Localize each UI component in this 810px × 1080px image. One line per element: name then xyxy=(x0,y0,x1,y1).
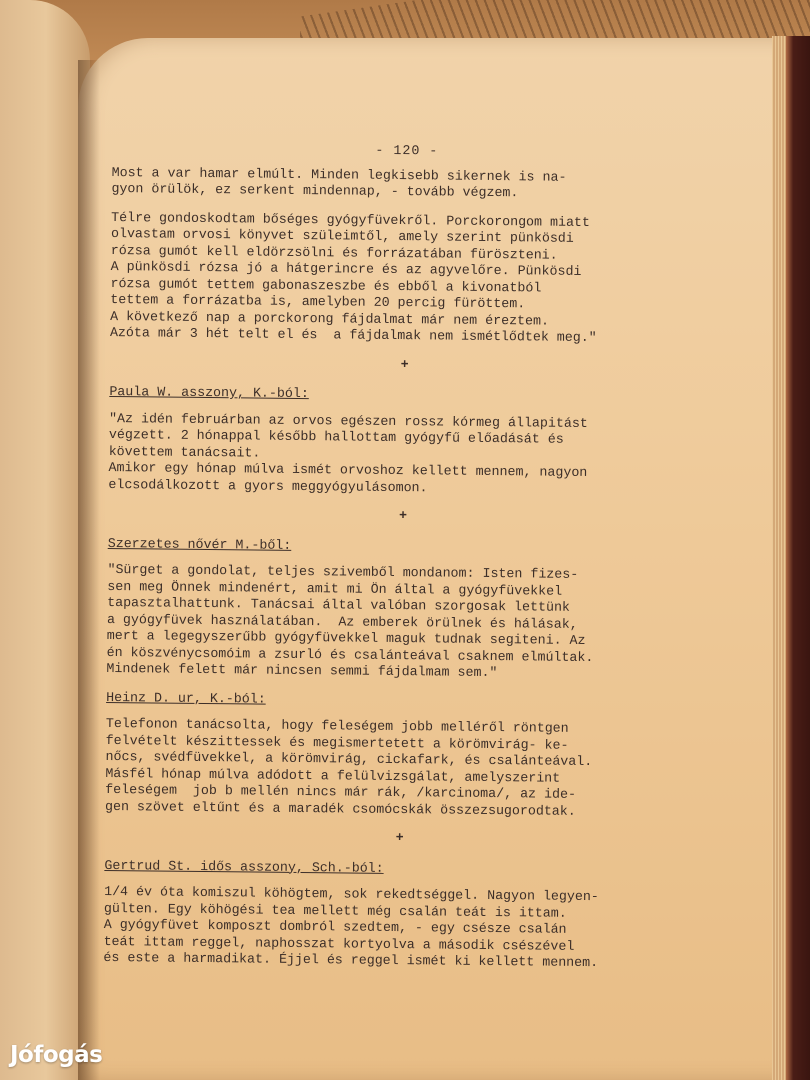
spine-shadow xyxy=(78,60,100,1080)
typewritten-text: - 120 - Most a var hamar elmúlt. Minden … xyxy=(103,140,702,985)
testimonial-body: "Az idén februárban az orvos egészen ros… xyxy=(108,410,699,499)
testimonial-body: 1/4 év óta komiszul köhögtem, sok rekedt… xyxy=(103,884,694,973)
testimonial-heading: Szerzetes nővér M.-ből: xyxy=(108,535,698,558)
separator-plus: + xyxy=(110,353,700,376)
intro-paragraph: Most a var hamar elmúlt. Minden legkiseb… xyxy=(111,164,701,203)
book-cover xyxy=(786,36,810,1080)
testimonial-heading: Gertrud St. idős asszony, Sch.-ból: xyxy=(104,857,694,880)
testimonial-body: "Sürget a gondolat, teljes szivemből mon… xyxy=(106,562,697,684)
left-book-page xyxy=(0,0,90,1080)
testimonial-heading: Heinz D. ur, K.-ból: xyxy=(106,689,696,712)
separator-plus: + xyxy=(105,827,695,850)
jofogas-logo: Jófogás xyxy=(10,1042,102,1068)
testimonial-heading: Paula W. asszony, K.-ból: xyxy=(109,384,699,407)
separator-plus: + xyxy=(108,505,698,528)
page-edges xyxy=(772,36,786,1080)
intro-paragraph: Télre gondoskodtam bőséges gyógyfüvekről… xyxy=(110,209,701,347)
testimonial-body: Telefonon tanácsolta, hogy feleségem job… xyxy=(105,716,696,821)
